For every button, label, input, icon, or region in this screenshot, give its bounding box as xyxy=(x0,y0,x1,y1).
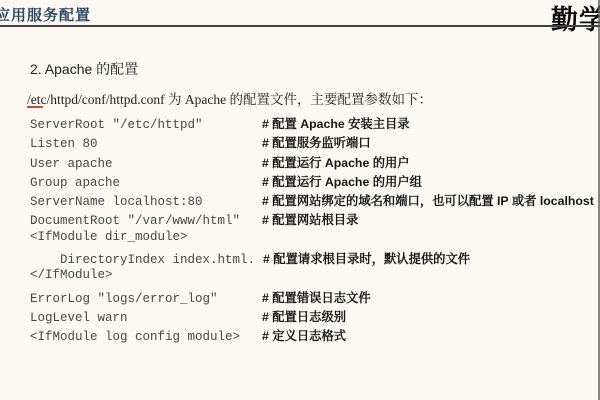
header-divider xyxy=(0,25,600,27)
config-comment: # 配置请求根目录时，默认提供的文件 xyxy=(263,249,470,267)
config-line: ServerRoot "/etc/httpd"# 配置 Apache 安装主目录 xyxy=(30,114,595,133)
config-code: </IfModule> xyxy=(30,268,262,282)
config-comment: # 配置服务监听端口 xyxy=(262,133,371,151)
config-comment: # 配置日志级别 xyxy=(262,307,346,325)
config-line: Group apache# 配置运行 Apache 的用户组 xyxy=(30,172,595,191)
config-line: User apache# 配置运行 Apache 的用户 xyxy=(30,153,595,172)
config-code: DirectoryIndex index.html. xyxy=(30,253,263,267)
config-line: DocumentRoot "/var/www/html"# 配置网站根目录 xyxy=(30,210,595,229)
config-line: ServerName localhost:80# 配置网站绑定的域名和端口，也可… xyxy=(30,191,595,210)
config-line: <IfModule log config module># 定义日志格式 xyxy=(30,326,595,345)
config-line: DirectoryIndex index.html.# 配置请求根目录时，默认提… xyxy=(30,249,595,268)
config-comment: # 配置运行 Apache 的用户组 xyxy=(262,172,422,190)
page-title: 应用服务配置 xyxy=(0,4,91,25)
config-comment: # 配置运行 Apache 的用户 xyxy=(262,153,410,171)
config-line: <IfModule dir_module> xyxy=(30,230,595,249)
config-code: LogLevel warn xyxy=(30,311,262,325)
config-comment: # 定义日志格式 xyxy=(262,326,346,344)
config-code: Group apache xyxy=(30,176,262,190)
config-code: ServerRoot "/etc/httpd" xyxy=(30,118,262,132)
config-line: ErrorLog "logs/error_log"# 配置错误日志文件 xyxy=(30,288,595,307)
config-code: <IfModule log config module> xyxy=(30,330,262,344)
config-line: </IfModule> xyxy=(30,268,595,287)
config-line: Listen 80# 配置服务监听端口 xyxy=(30,133,595,152)
slide-page: 应用服务配置 勤学 2. Apache 的配置 /etc/httpd/conf/… xyxy=(0,0,600,400)
config-comment: # 配置网站根目录 xyxy=(262,210,358,228)
section-heading: 2. Apache 的配置 xyxy=(30,59,138,79)
config-code: <IfModule dir_module> xyxy=(30,230,262,244)
intro-text: /etc/httpd/conf/httpd.conf 为 Apache 的配置文… xyxy=(27,88,432,108)
brand-logo: 勤学 xyxy=(551,0,600,37)
config-code: User apache xyxy=(30,157,262,171)
config-line: LogLevel warn# 配置日志级别 xyxy=(30,307,595,326)
config-code: ServerName localhost:80 xyxy=(30,195,262,209)
config-comment: # 配置网站绑定的域名和端口，也可以配置 IP 或者 localhost xyxy=(262,191,594,209)
spellcheck-underline xyxy=(27,106,43,108)
config-comment: # 配置 Apache 安装主目录 xyxy=(262,114,410,132)
config-code: ErrorLog "logs/error_log" xyxy=(30,292,262,306)
config-block: ServerRoot "/etc/httpd"# 配置 Apache 安装主目录… xyxy=(30,114,595,346)
config-comment: # 配置错误日志文件 xyxy=(262,288,371,306)
config-code: DocumentRoot "/var/www/html" xyxy=(30,214,262,228)
config-code: Listen 80 xyxy=(30,137,262,151)
